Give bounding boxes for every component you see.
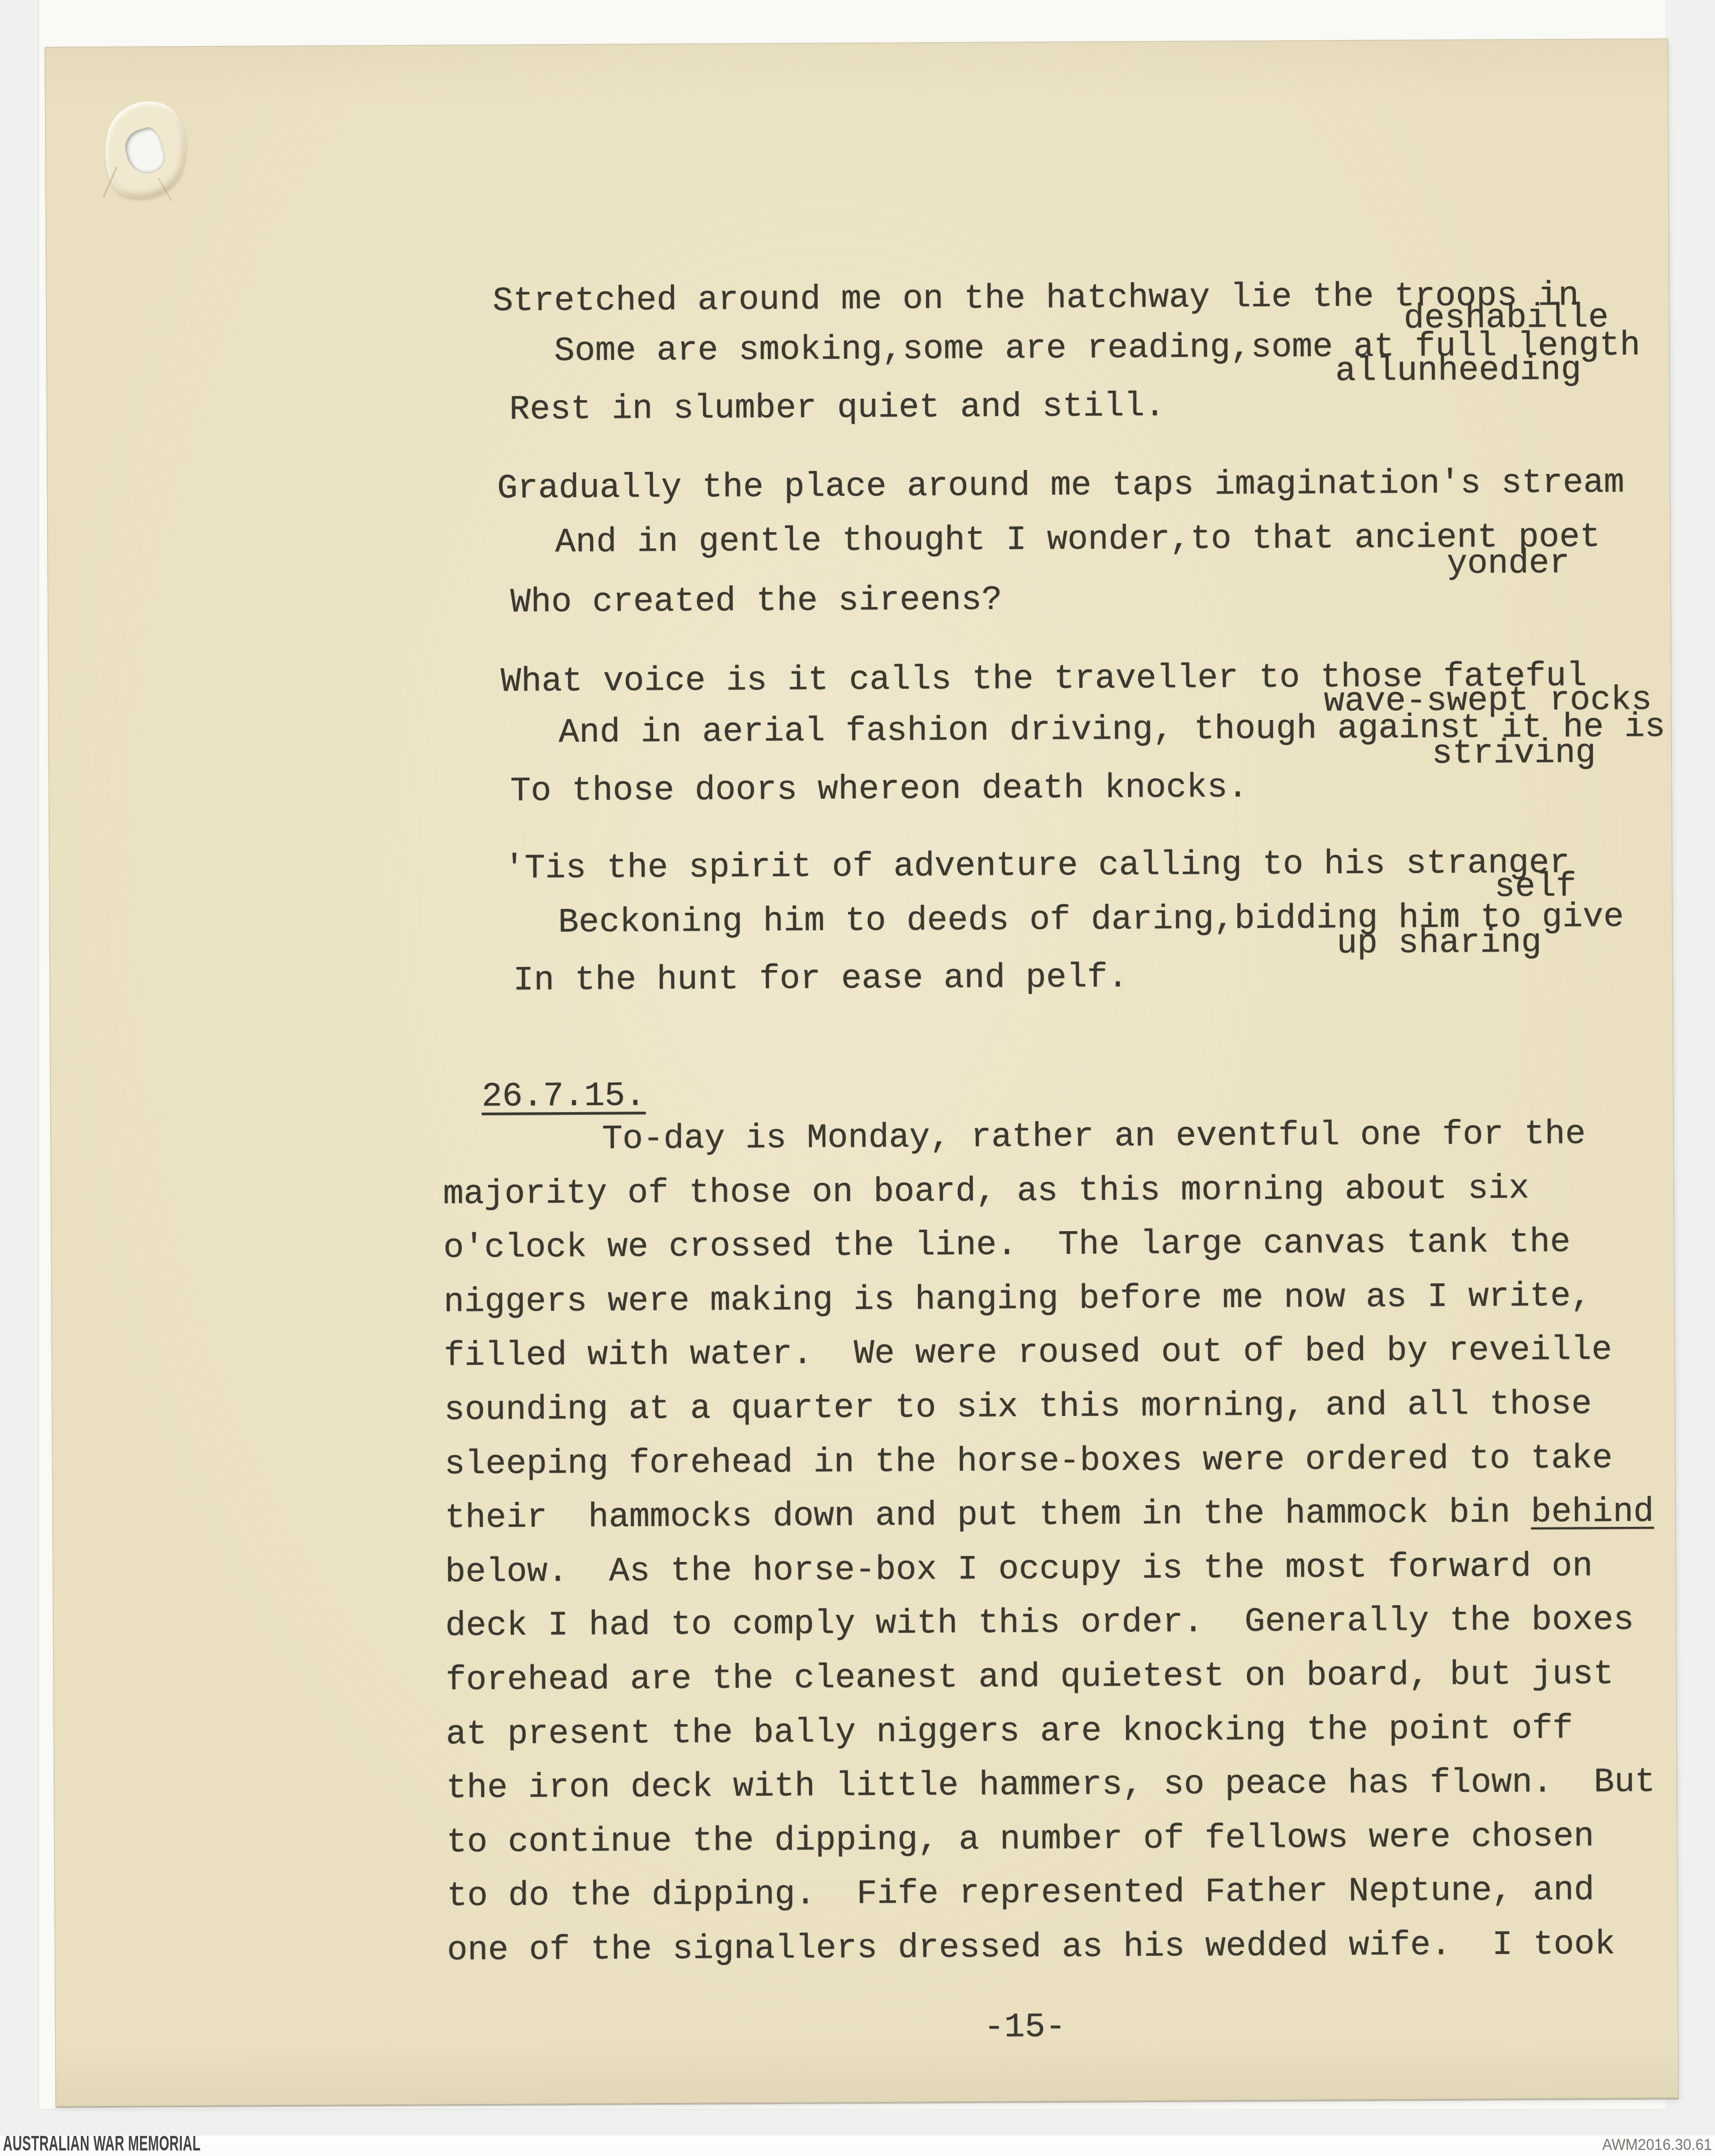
page-number: -15- bbox=[984, 2010, 1066, 2045]
document-scan: Stretched around me on the hatchway lie … bbox=[0, 0, 1715, 2156]
underlined-word: behind bbox=[1531, 1493, 1654, 1532]
diary-line: at present the bally niggers are knockin… bbox=[446, 1712, 1573, 1752]
diary-line: o'clock we crossed the line. The large c… bbox=[443, 1226, 1571, 1266]
diary-line: majority of those on board, as this morn… bbox=[443, 1172, 1529, 1212]
poem-correction: up sharing bbox=[1336, 926, 1541, 961]
diary-page: Stretched around me on the hatchway lie … bbox=[45, 39, 1678, 2107]
watermark-strip: AUSTRALIAN WAR MEMORIAL AWM2016.30.61 bbox=[0, 2135, 1715, 2156]
poem-line: Rest in slumber quiet and still. bbox=[509, 390, 1165, 427]
diary-line: to continue the dipping, a number of fel… bbox=[446, 1820, 1594, 1860]
poem-line: In the hunt for ease and pelf. bbox=[513, 961, 1128, 998]
poem-line: And in gentle thought I wonder,to that a… bbox=[555, 520, 1600, 560]
catalog-number-watermark: AWM2016.30.61 bbox=[1603, 2136, 1712, 2154]
archive-name-watermark: AUSTRALIAN WAR MEMORIAL bbox=[3, 2131, 200, 2155]
poem-line: To those doors whereon death knocks. bbox=[510, 771, 1248, 809]
diary-line: sleeping forehead in the horse-boxes wer… bbox=[444, 1442, 1613, 1482]
poem-correction: allunheeding bbox=[1335, 353, 1581, 389]
diary-line: To-day is Monday, rather an eventful one… bbox=[602, 1117, 1586, 1156]
diary-line: to do the dipping. Fife represented Fath… bbox=[446, 1873, 1594, 1913]
entry-date: 26.7.15. bbox=[482, 1076, 646, 1116]
poem-line: 'Tis the spirit of adventure calling to … bbox=[504, 847, 1570, 886]
diary-line: deck I had to comply with this order. Ge… bbox=[445, 1603, 1634, 1643]
paper-tear bbox=[105, 101, 186, 199]
diary-line: sounding at a quarter to six this mornin… bbox=[444, 1387, 1591, 1427]
poem-correction: yonder bbox=[1447, 547, 1570, 581]
diary-line: their hammocks down and put them in the … bbox=[444, 1495, 1654, 1536]
poem-line: Gradually the place around me taps imagi… bbox=[497, 466, 1625, 506]
diary-line: the iron deck with little hammers, so pe… bbox=[446, 1765, 1655, 1806]
poem-correction: striving bbox=[1432, 736, 1596, 771]
diary-line: filled with water. We were roused out of… bbox=[444, 1333, 1612, 1373]
diary-line: niggers were making is hanging before me… bbox=[443, 1279, 1591, 1320]
poem-line: Who created the sireens? bbox=[510, 583, 1002, 620]
diary-line: forehead are the cleanest and quietest o… bbox=[445, 1657, 1614, 1698]
diary-line-text: their hammocks down and put them in the … bbox=[444, 1493, 1531, 1537]
diary-line: one of the signallers dressed as his wed… bbox=[447, 1928, 1615, 1968]
diary-line: below. As the horse-box I occupy is the … bbox=[445, 1549, 1592, 1590]
